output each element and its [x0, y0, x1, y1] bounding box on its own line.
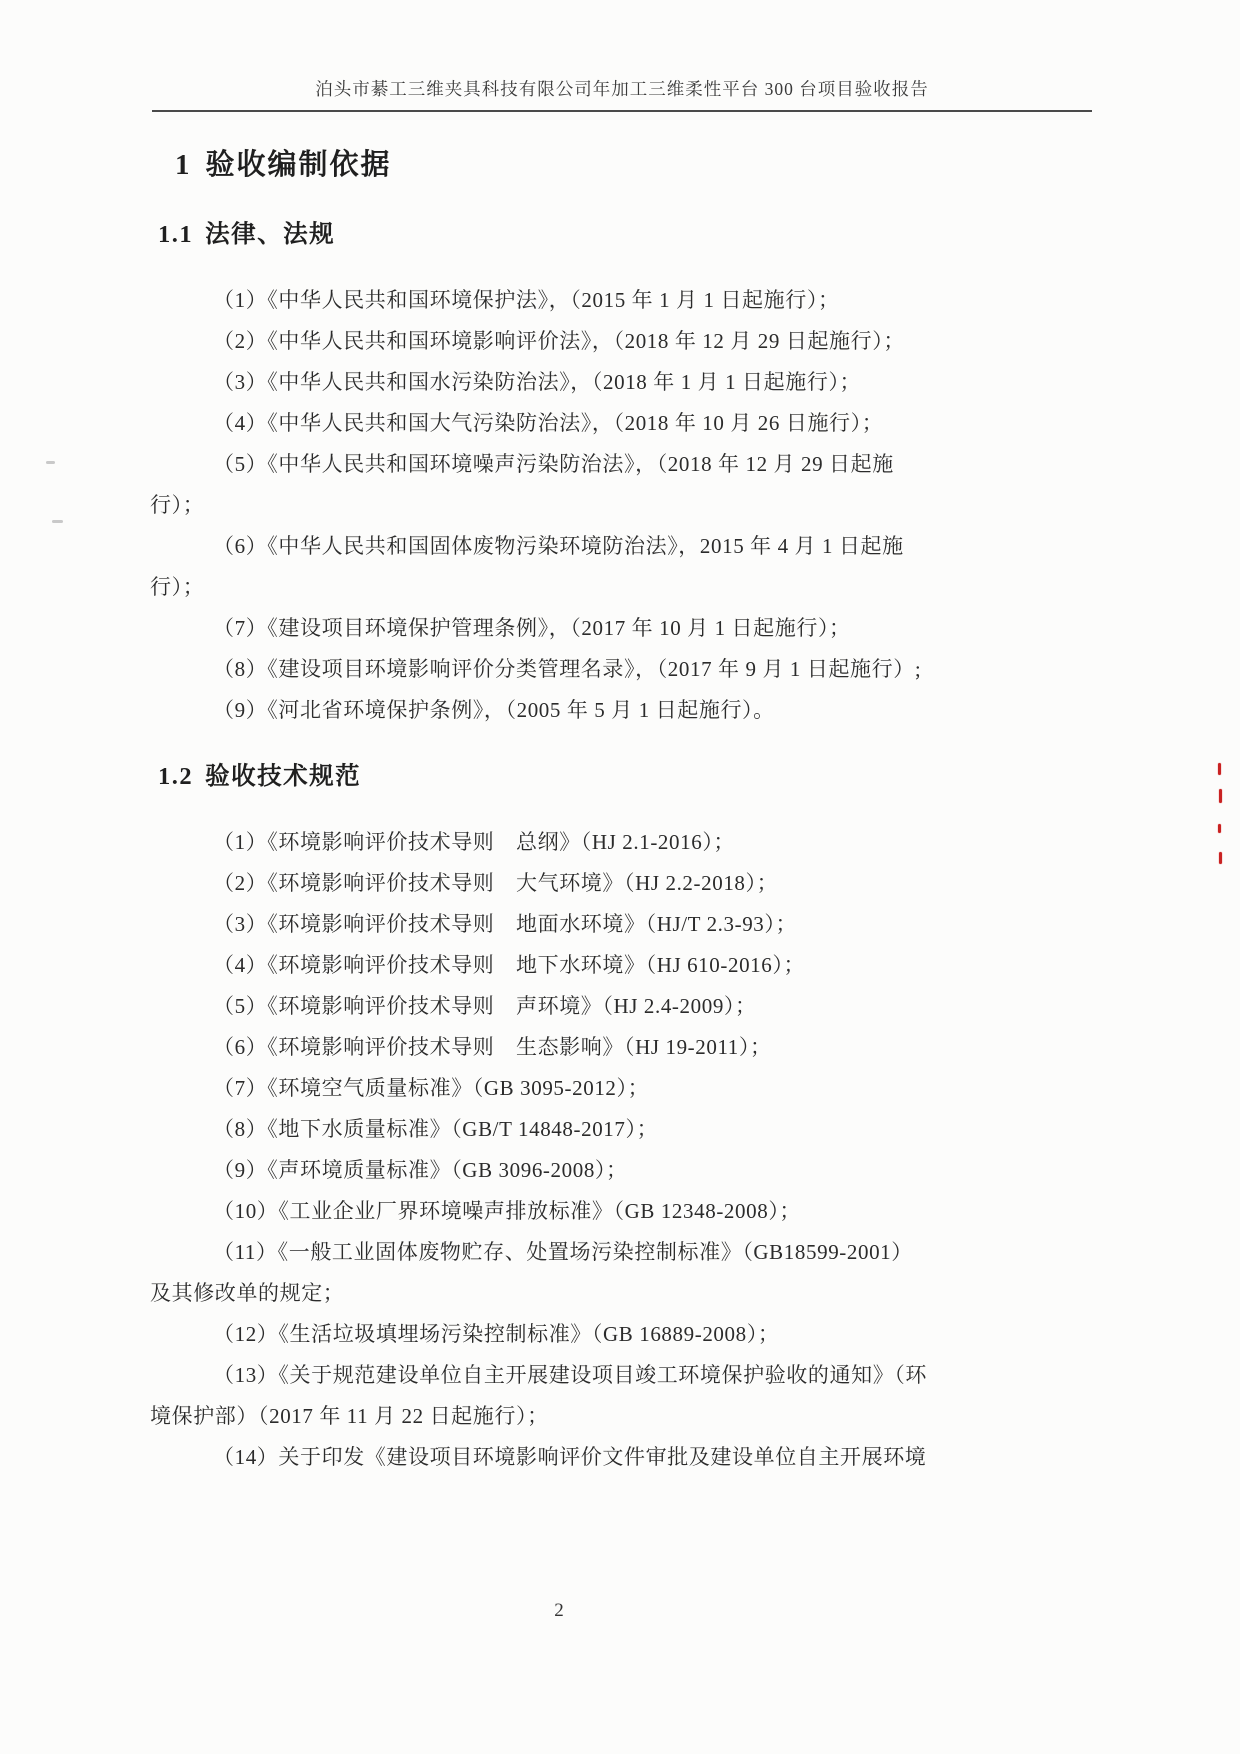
- page-number: 2: [554, 1600, 564, 1621]
- red-ink-mark: [1219, 789, 1222, 803]
- list-item: （7）《建设项目环境保护管理条例》，（2017 年 10 月 1 日起施行）；: [150, 608, 968, 649]
- list-item: （3）《中华人民共和国水污染防治法》，（2018 年 1 月 1 日起施行）；: [150, 362, 968, 403]
- chapter-number: 1: [175, 149, 192, 181]
- list-item: （2）《环境影响评价技术导则 大气环境》（HJ 2.2-2018）；: [150, 863, 968, 904]
- list-item: （3）《环境影响评价技术导则 地面水环境》（HJ/T 2.3-93）；: [150, 904, 968, 945]
- page-footer: 2: [150, 1600, 968, 1622]
- chapter-heading: 1验收编制依据: [175, 142, 968, 183]
- document-page: 泊头市綦工三维夹具科技有限公司年加工三维柔性平台 300 台项目验收报告 1验收…: [0, 0, 1240, 1754]
- section-number: 1.2: [158, 763, 193, 790]
- scan-smudge: [46, 461, 55, 464]
- list-item: （12）《生活垃圾填埋场污染控制标准》（GB 16889-2008）；: [150, 1314, 968, 1355]
- running-header-title: 泊头市綦工三维夹具科技有限公司年加工三维柔性平台 300 台项目验收报告: [152, 76, 1092, 112]
- section-1.2: 1.2验收技术规范（1）《环境影响评价技术导则 总纲》（HJ 2.1-2016）…: [150, 757, 968, 1478]
- list-item: （4）《中华人民共和国大气污染防治法》，（2018 年 10 月 26 日施行）…: [150, 403, 968, 444]
- list-item: （6）《环境影响评价技术导则 生态影响》（HJ 19-2011）；: [150, 1027, 968, 1068]
- sections-container: 1.1法律、法规（1）《中华人民共和国环境保护法》，（2015 年 1 月 1 …: [150, 215, 968, 1478]
- document-body: 1验收编制依据 1.1法律、法规（1）《中华人民共和国环境保护法》，（2015 …: [150, 142, 968, 1478]
- section-title: 法律、法规: [205, 221, 335, 248]
- list-item: （8）《建设项目环境影响评价分类管理名录》，（2017 年 9 月 1 日起施行…: [150, 649, 968, 690]
- list-item: （2）《中华人民共和国环境影响评价法》，（2018 年 12 月 29 日起施行…: [150, 321, 968, 362]
- list-item: （7）《环境空气质量标准》（GB 3095-2012）；: [150, 1068, 968, 1109]
- list-item: （9）《声环境质量标准》（GB 3096-2008）；: [150, 1150, 968, 1191]
- list-item: （10）《工业企业厂界环境噪声排放标准》（GB 12348-2008）；: [150, 1191, 968, 1232]
- list-item: （13）《关于规范建设单位自主开展建设项目竣工环境保护验收的通知》（环 境保护部…: [150, 1355, 968, 1437]
- list-item: （1）《环境影响评价技术导则 总纲》（HJ 2.1-2016）；: [150, 822, 968, 863]
- red-ink-mark: [1218, 763, 1221, 775]
- section-title: 验收技术规范: [205, 763, 361, 790]
- list-item: （4）《环境影响评价技术导则 地下水环境》（HJ 610-2016）；: [150, 945, 968, 986]
- chapter-title: 验收编制依据: [206, 149, 392, 181]
- scan-smudge: [52, 520, 63, 523]
- list-item: （5）《环境影响评价技术导则 声环境》（HJ 2.4-2009）；: [150, 986, 968, 1027]
- section-number: 1.1: [158, 221, 193, 248]
- list-item: （14）关于印发《建设项目环境影响评价文件审批及建设单位自主开展环境: [150, 1437, 968, 1478]
- page-header: 泊头市綦工三维夹具科技有限公司年加工三维柔性平台 300 台项目验收报告: [152, 0, 1092, 112]
- section-heading: 1.1法律、法规: [158, 215, 968, 250]
- list-item: （6）《中华人民共和国固体废物污染环境防治法》，2015 年 4 月 1 日起施…: [150, 526, 968, 608]
- section-heading: 1.2验收技术规范: [158, 757, 968, 792]
- red-ink-mark: [1218, 824, 1221, 833]
- list-item: （11）《一般工业固体废物贮存、处置场污染控制标准》（GB18599-2001）…: [150, 1232, 968, 1314]
- section-1.1: 1.1法律、法规（1）《中华人民共和国环境保护法》，（2015 年 1 月 1 …: [150, 215, 968, 731]
- list-item: （1）《中华人民共和国环境保护法》，（2015 年 1 月 1 日起施行）；: [150, 280, 968, 321]
- list-item: （8）《地下水质量标准》（GB/T 14848-2017）；: [150, 1109, 968, 1150]
- list-item: （9）《河北省环境保护条例》，（2005 年 5 月 1 日起施行）。: [150, 690, 968, 731]
- list-item: （5）《中华人民共和国环境噪声污染防治法》，（2018 年 12 月 29 日起…: [150, 444, 968, 526]
- red-ink-mark: [1219, 852, 1222, 864]
